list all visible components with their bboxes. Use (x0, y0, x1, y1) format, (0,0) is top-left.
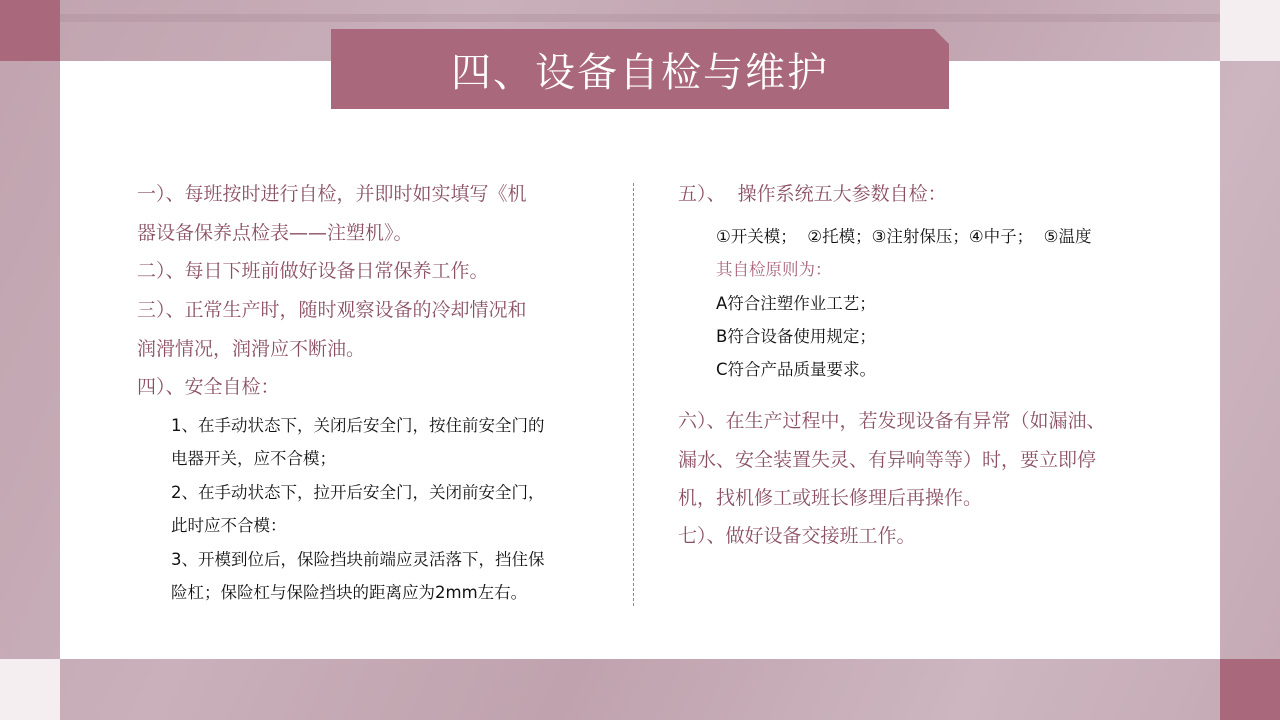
principle-c: C符合产品质量要求。 (716, 353, 876, 386)
corner-block-bottom-right (1220, 659, 1280, 720)
safety-check-2-line-2: 此时应不合模： (171, 509, 287, 542)
safety-check-2-line-1: 2、在手动状态下，拉开后安全门，关闭前安全门， (171, 476, 545, 509)
safety-check-3-line-2: 险杠；保险杠与保险挡块的距离应为2mm左右。 (171, 576, 527, 609)
title-banner: 四、设备自检与维护 (331, 29, 949, 109)
item-1-line-1: 一）、每班按时进行自检，并即时如实填写《机 (137, 175, 527, 213)
item-3-line-1: 三）、正常生产时，随时观察设备的冷却情况和 (137, 291, 527, 329)
item-5-params: ①开关模； ②托模；③注射保压；④中子； ⑤温度 (716, 220, 1091, 253)
safety-check-1-line-2: 电器开关，应不合模； (171, 442, 336, 475)
item-5-heading: 五）、 操作系统五大参数自检： (678, 175, 947, 213)
item-6-line-3: 机，找机修工或班长修理后再操作。 (678, 479, 982, 517)
column-divider (633, 183, 634, 606)
item-2: 二）、每日下班前做好设备日常保养工作。 (137, 252, 489, 290)
safety-check-1-line-1: 1、在手动状态下，关闭后安全门，按住前安全门的 (171, 409, 545, 442)
corner-block-top-right (1220, 0, 1280, 61)
corner-block-top-left (0, 0, 60, 61)
principle-b: B符合设备使用规定； (716, 320, 876, 353)
safety-check-3-line-1: 3、开模到位后，保险挡块前端应灵活落下，挡住保 (171, 543, 545, 576)
item-3-line-2: 润滑情况，润滑应不断油。 (137, 330, 365, 368)
background-streak (60, 14, 1220, 22)
slide-title: 四、设备自检与维护 (451, 41, 829, 98)
principle-a: A符合注塑作业工艺； (716, 287, 876, 320)
item-6-line-2: 漏水、安全装置失灵、有异响等等）时，要立即停 (678, 441, 1096, 479)
item-1-line-2: 器设备保养点检表——注塑机》。 (137, 214, 413, 252)
corner-block-bottom-left (0, 659, 60, 720)
item-7: 七）、做好设备交接班工作。 (678, 517, 916, 555)
item-4-heading: 四）、安全自检： (137, 368, 280, 406)
item-6-line-1: 六）、在生产过程中，若发现设备有异常（如漏油、 (678, 402, 1106, 440)
item-5-principle-label: 其自检原则为： (716, 253, 832, 286)
